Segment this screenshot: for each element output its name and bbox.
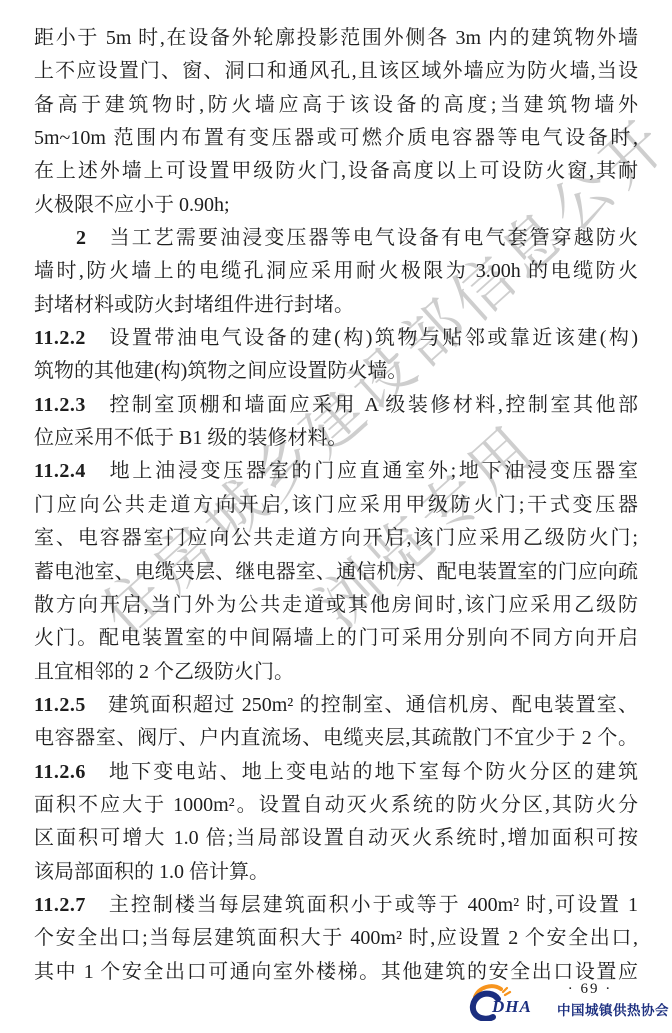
line-text: 室、电容器室门应向公共走道方向开启,该门应采用乙级防火门;	[34, 527, 638, 549]
line-text: 5m~10m 范围内布置有变压器或可燃介质电容器等电气设备时,	[34, 127, 638, 149]
line-text: 位应采用不低于 B1 级的装修材料。	[34, 427, 347, 449]
line-text: 且宜相邻的 2 个乙级防火门。	[34, 661, 294, 683]
logo-orange-tick-2	[505, 992, 510, 995]
line-text: 墙时,防火墙上的电缆孔洞应采用耐火极限为 3.00h 的电缆防火	[34, 260, 638, 282]
line-text: 散方向开启,当门外为公共走道或其他房间时,该门应采用乙级防	[34, 594, 638, 616]
line-text: 面积不应大于 1000m²。设置自动灭火系统的防火分区,其防火分	[34, 794, 638, 816]
text-line: 个安全出口;当每层建筑面积大于 400m² 时,应设置 2 个安全出口,	[34, 922, 638, 955]
text-line: 面积不应大于 1000m²。设置自动灭火系统的防火分区,其防火分	[34, 789, 638, 822]
clause-number: 2	[76, 227, 87, 249]
text-line: 火极限不应小于 0.90h;	[34, 189, 638, 222]
logo-org-name: 中国城镇供热协会	[557, 999, 669, 1019]
text-line: 位应采用不低于 B1 级的装修材料。	[34, 422, 638, 455]
line-text: 在上述外墙上可设置甲级防火门,设备高度以上可设防火窗,其耐	[34, 160, 638, 182]
text-line: 11.2.6地下变电站、地上变电站的地下室每个防火分区的建筑	[34, 756, 638, 789]
text-line: 距小于 5m 时,在设备外轮廓投影范围外侧各 3m 内的建筑物外墙	[34, 22, 638, 55]
text-line: 火门。配电装置室的中间隔墙上的门可采用分别向不同方向开启	[34, 622, 638, 655]
line-text: 主控制楼当每层建筑面积小于或等于 400m² 时,可设置 1	[107, 894, 638, 916]
line-text: 建筑面积超过 250m² 的控制室、通信机房、配电装置室、	[107, 694, 638, 716]
logo-letters: DHA	[492, 997, 532, 1017]
text-line: 门应向公共走道方向开启,该门应采用甲级防火门;干式变压器	[34, 489, 638, 522]
text-line: 2当工艺需要油浸变压器等电气设备有电气套管穿越防火	[34, 222, 638, 255]
text-line: 墙时,防火墙上的电缆孔洞应采用耐火极限为 3.00h 的电缆防火	[34, 255, 638, 288]
clause-number: 11.2.5	[34, 694, 86, 716]
line-text: 火门。配电装置室的中间隔墙上的门可采用分别向不同方向开启	[34, 627, 638, 649]
text-line: 在上述外墙上可设置甲级防火门,设备高度以上可设防火窗,其耐	[34, 155, 638, 188]
line-text: 电容器室、阀厅、户内直流场、电缆夹层,其疏散门不宜少于 2 个。	[34, 727, 638, 749]
text-line: 筑物的其他建(构)筑物之间应设置防火墙。	[34, 355, 638, 388]
line-text: 蓄电池室、电缆夹层、继电器室、通信机房、配电装置室的门应向疏	[34, 561, 638, 583]
text-line: 蓄电池室、电缆夹层、继电器室、通信机房、配电装置室的门应向疏	[34, 556, 638, 589]
text-line: 11.2.2设置带油电气设备的建(构)筑物与贴邻或靠近该建(构)	[34, 322, 638, 355]
text-line: 且宜相邻的 2 个乙级防火门。	[34, 656, 638, 689]
text-line: 封堵材料或防火封堵组件进行封堵。	[34, 289, 638, 322]
line-text: 当工艺需要油浸变压器等电气设备有电气套管穿越防火	[108, 227, 639, 249]
line-text: 其中 1 个安全出口可通向室外楼梯。其他建筑的安全出口设置应	[34, 961, 638, 983]
text-line: 上不应设置门、窗、洞口和通风孔,且该区域外墙应为防火墙,当设	[34, 55, 638, 88]
text-line: 11.2.4地上油浸变压器室的门应直通室外;地下油浸变压器室	[34, 455, 638, 488]
line-text: 距小于 5m 时,在设备外轮廓投影范围外侧各 3m 内的建筑物外墙	[34, 27, 638, 49]
line-text: 筑物的其他建(构)筑物之间应设置防火墙。	[34, 360, 407, 382]
line-text: 封堵材料或防火封堵组件进行封堵。	[34, 294, 354, 316]
text-line: 5m~10m 范围内布置有变压器或可燃介质电容器等电气设备时,	[34, 122, 638, 155]
clause-number: 11.2.7	[34, 894, 86, 916]
line-text: 个安全出口;当每层建筑面积大于 400m² 时,应设置 2 个安全出口,	[34, 927, 638, 949]
text-line: 11.2.5建筑面积超过 250m² 的控制室、通信机房、配电装置室、	[34, 689, 638, 722]
line-text: 该局部面积的 1.0 倍计算。	[34, 861, 269, 883]
text-line: 其中 1 个安全出口可通向室外楼梯。其他建筑的安全出口设置应	[34, 956, 638, 989]
text-line: 备高于建筑物时,防火墙应高于该设备的高度;当建筑物墙外	[34, 89, 638, 122]
text-line: 11.2.3控制室顶棚和墙面应采用 A 级装修材料,控制室其他部	[34, 389, 638, 422]
clause-number: 11.2.4	[34, 460, 86, 482]
text-line: 室、电容器室门应向公共走道方向开启,该门应采用乙级防火门;	[34, 522, 638, 555]
line-text: 地下变电站、地上变电站的地下室每个防火分区的建筑	[107, 761, 638, 783]
clause-number: 11.2.6	[34, 761, 86, 783]
line-text: 区面积可增大 1.0 倍;当局部设置自动灭火系统时,增加面积可按	[34, 827, 638, 849]
line-text: 地上油浸变压器室的门应直通室外;地下油浸变压器室	[107, 460, 638, 482]
clause-number: 11.2.2	[34, 327, 86, 349]
text-line: 电容器室、阀厅、户内直流场、电缆夹层,其疏散门不宜少于 2 个。	[34, 722, 638, 755]
logo-c-letter	[473, 994, 498, 1019]
line-text: 火极限不应小于 0.90h;	[34, 194, 230, 216]
text-line: 该局部面积的 1.0 倍计算。	[34, 856, 638, 889]
body-text: 距小于 5m 时,在设备外轮廓投影范围外侧各 3m 内的建筑物外墙 上不应设置门…	[34, 22, 638, 989]
document-page: 住房城乡建设部信息公开 浏览专用 距小于 5m 时,在设备外轮廓投影范围外侧各 …	[0, 0, 672, 1033]
line-text: 控制室顶棚和墙面应采用 A 级装修材料,控制室其他部	[107, 394, 638, 416]
clause-number: 11.2.3	[34, 394, 86, 416]
line-text: 上不应设置门、窗、洞口和通风孔,且该区域外墙应为防火墙,当设	[34, 60, 638, 82]
line-text: 备高于建筑物时,防火墙应高于该设备的高度;当建筑物墙外	[34, 94, 638, 116]
text-line: 散方向开启,当门外为公共走道或其他房间时,该门应采用乙级防	[34, 589, 638, 622]
line-text: 门应向公共走道方向开启,该门应采用甲级防火门;干式变压器	[34, 494, 638, 516]
text-line: 区面积可增大 1.0 倍;当局部设置自动灭火系统时,增加面积可按	[34, 822, 638, 855]
line-text: 设置带油电气设备的建(构)筑物与贴邻或靠近该建(构)	[107, 327, 638, 349]
text-line: 11.2.7主控制楼当每层建筑面积小于或等于 400m² 时,可设置 1	[34, 889, 638, 922]
